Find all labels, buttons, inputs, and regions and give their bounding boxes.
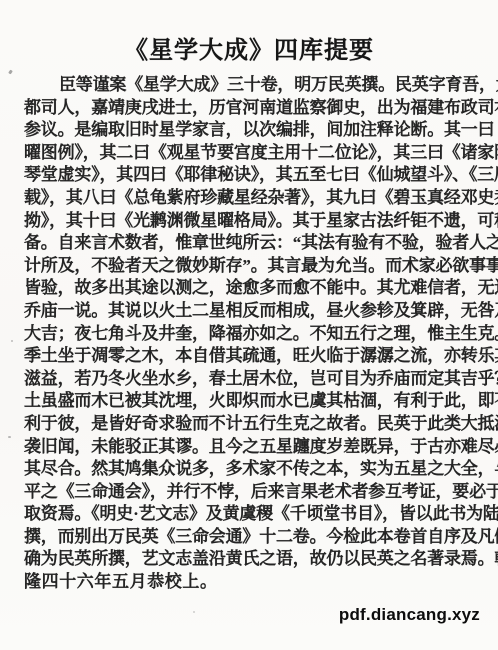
body-line: 滋益，若乃冬火坐水乡，春土居木位，岂可目为乔庙而定其吉乎？且 bbox=[24, 368, 491, 391]
scan-speck bbox=[8, 70, 13, 75]
scan-speck bbox=[8, 436, 11, 438]
body-line: 参议。是编取旧时星学家言，以次编排，间加注释论断。其一曰《星 bbox=[24, 119, 491, 142]
body-line: 曜图例》，其二曰《观星节要宫度主用十二位论》，其三曰《诸家限例 bbox=[24, 142, 491, 165]
scanned-page: 《星学大成》四库提要 臣等谨案《星学大成》三十卷，明万民英撰。民英字育吾，大宁 … bbox=[0, 0, 498, 650]
body-line: 其尽合。然其鸠集众说多，多术家不传之本，实为五星之大全，与子 bbox=[24, 458, 491, 481]
body-text: 臣等谨案《星学大成》三十卷，明万民英撰。民英字育吾，大宁 都司人，嘉靖庚戌进士，… bbox=[24, 74, 491, 594]
body-line: 载》，其八曰《总龟紫府珍藏星经杂著》，其九曰《碧玉真经邓史乔 bbox=[24, 187, 491, 210]
body-line: 大吉；夜七角斗及井奎，降福亦如之。不知五行之理，惟主生克。如 bbox=[24, 323, 491, 346]
body-line: 取资焉。《明史·艺文志》及黄虞稷《千顷堂书目》，皆以此书为陆位 bbox=[24, 503, 491, 526]
body-line: 琴堂虚实》，其四曰《耶律秘诀》，其五至七曰《仙城望斗》、《三辰通 bbox=[24, 164, 491, 187]
body-line: 袭旧闻，未能驳正其谬。且今之五星躔度岁差既异，于古亦难尽必 bbox=[24, 436, 491, 459]
body-line: 备。自来言术数者，惟章世纯所云：“其法有验有不验，验者人之智 bbox=[24, 232, 491, 255]
body-line: 隆四十六年五月恭校上。 bbox=[24, 571, 491, 594]
body-line: 土虽盛而木已被其沈埋，火即炽而水已虞其枯涸，有利于此，即不 bbox=[24, 390, 491, 413]
body-line: 确为民英所撰，艺文志盖沿黄氏之语，故仍以民英之名著录焉。乾 bbox=[24, 548, 491, 571]
watermark-text: pdf.diancang.xyz bbox=[339, 605, 480, 625]
body-line: 乔庙一说。其说以火土二星相反而相成，昼火参轸及箕辟，无咎乃 bbox=[24, 300, 491, 323]
body-line: 利于彼，是皆好奇求验而不计五行生克之故者。民英于此类大抵沿 bbox=[24, 413, 491, 436]
body-line: 撰，而别出万民英《三命会通》十二卷。今检此本卷首自序及凡例， bbox=[24, 526, 491, 549]
body-line: 都司人，嘉靖庚戌进士，历官河南道监察御史，出为福建布政司右 bbox=[24, 97, 491, 120]
scan-speck bbox=[11, 340, 13, 342]
body-line: 臣等谨案《星学大成》三十卷，明万民英撰。民英字育吾，大宁 bbox=[24, 74, 491, 97]
body-line: 计所及，不验者天之微妙斯存”。其言最为允当。而术家必欲事事 bbox=[24, 255, 491, 278]
body-line: 平之《三命通会》，并行不悖，后来言果老术者参互考证，要必于是 bbox=[24, 481, 491, 504]
page-title: 《星学大成》四库提要 bbox=[0, 30, 498, 65]
body-line: 季土坐于凋零之木，本自借其疏通，旺火临于潺潺之流，亦转乐其 bbox=[24, 345, 491, 368]
scan-speck bbox=[193, 611, 195, 613]
body-line: 拗》，其十曰《光鹣渊微星曜格局》。其于星家古法纤钜不遗，可称大 bbox=[24, 210, 491, 233]
body-line: 皆验，故多出其途以测之，途愈多而愈不能中。其尤难信者，无过于 bbox=[24, 277, 491, 300]
